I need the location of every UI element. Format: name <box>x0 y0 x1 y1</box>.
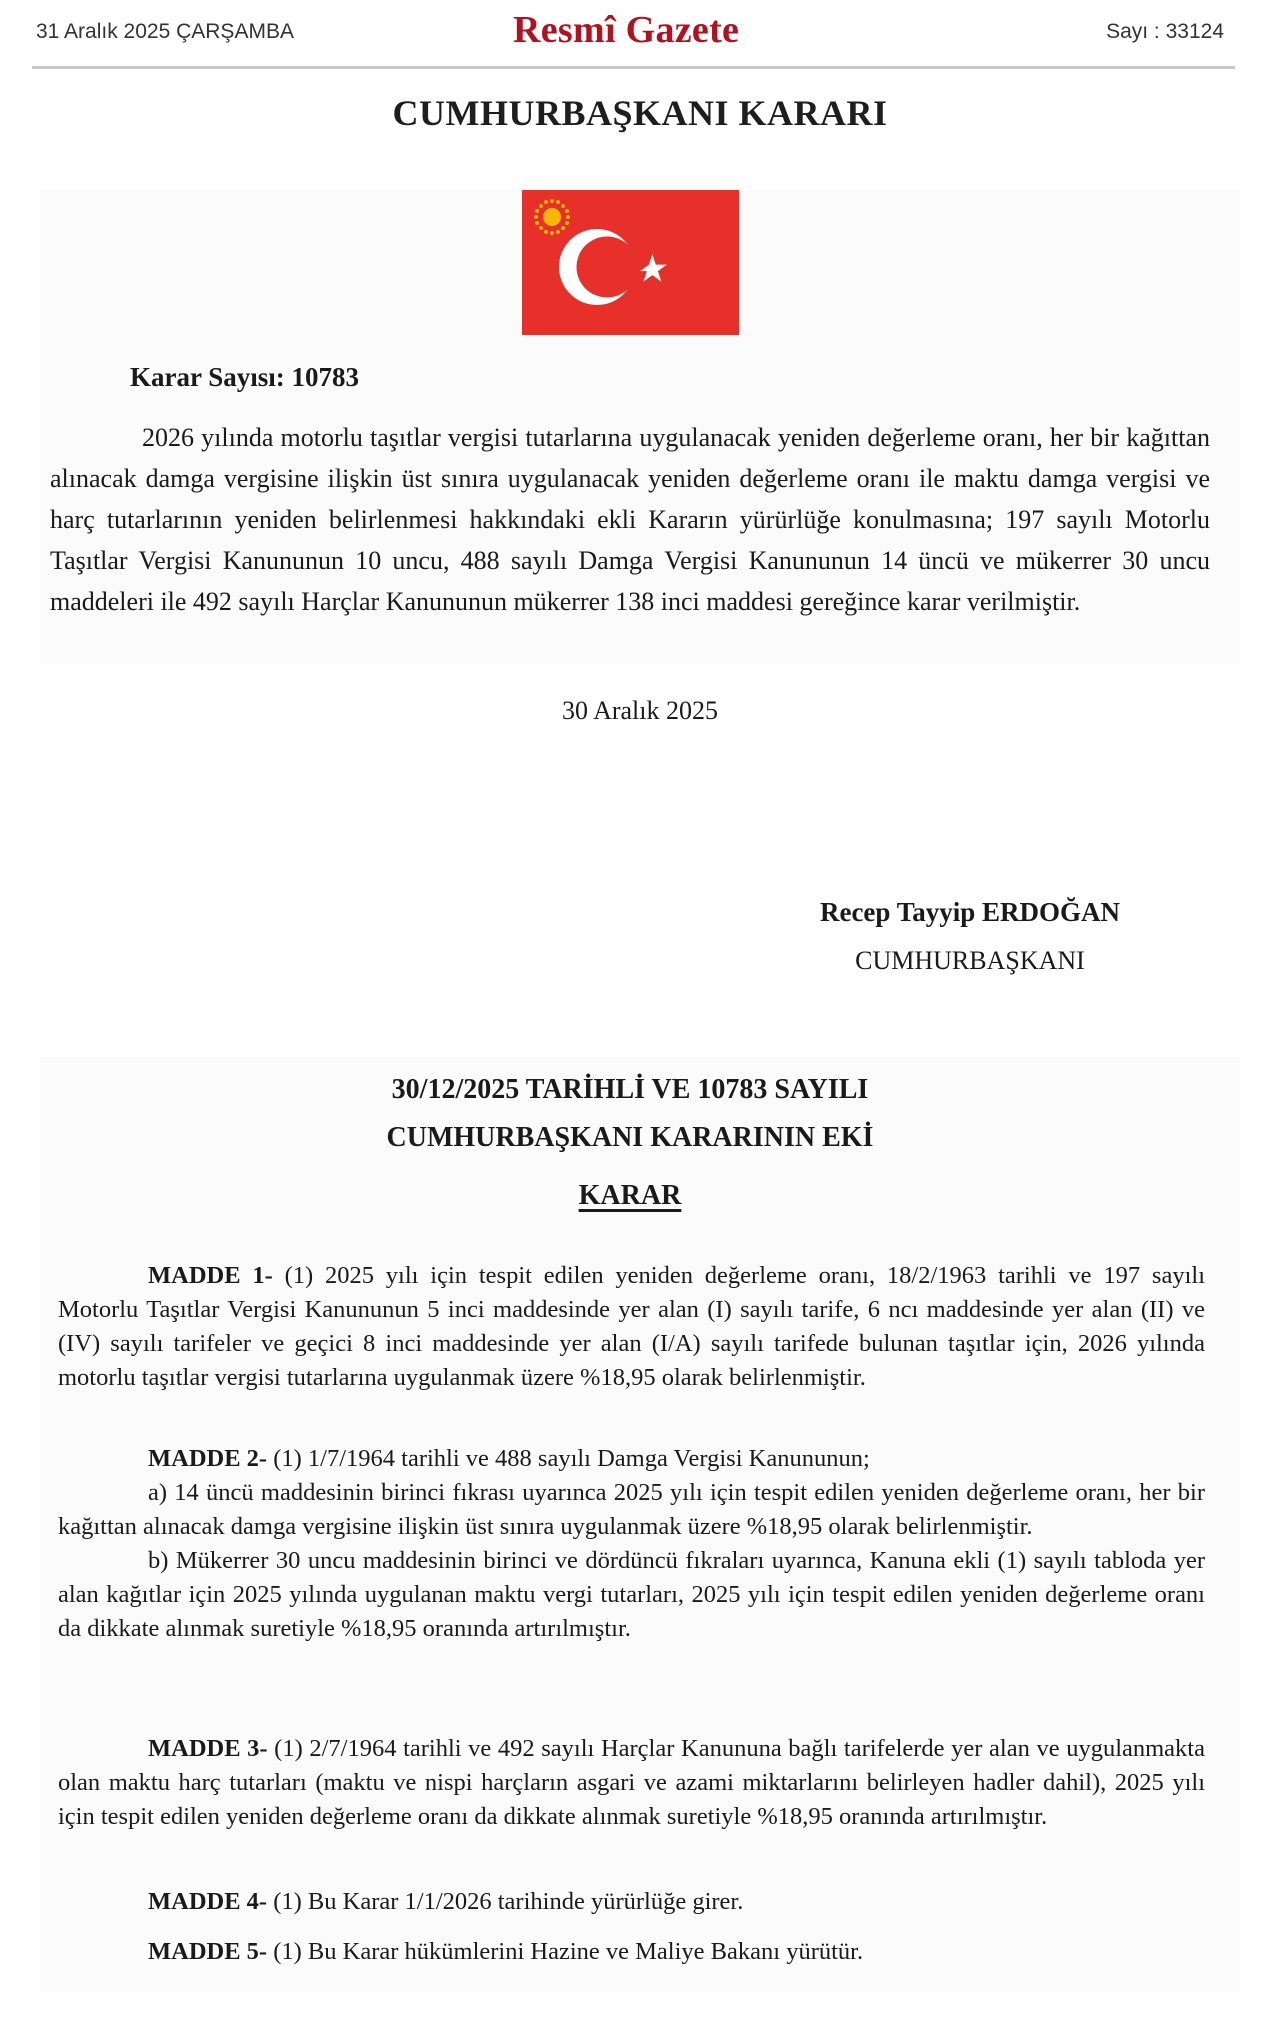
article-2: MADDE 2- (1) 1/7/1964 tarihli ve 488 say… <box>58 1442 1205 1646</box>
publication-date: 31 Aralık 2025 ÇARŞAMBA <box>36 20 294 44</box>
signatory-name: Recep Tayyip ERDOĞAN <box>770 897 1170 928</box>
article-text: (1) Bu Karar 1/1/2026 tarihinde yürürlüğ… <box>273 1888 743 1915</box>
gazette-header: 31 Aralık 2025 ÇARŞAMBA Resmî Gazete Say… <box>0 0 1280 70</box>
presidential-flag-icon <box>522 190 739 335</box>
article-label: MADDE 5- <box>148 1938 267 1965</box>
article-clause-b: b) Mükerrer 30 uncu maddesinin birinci v… <box>58 1547 1205 1642</box>
header-divider <box>32 66 1235 69</box>
intro-paragraph-text: 2026 yılında motorlu taşıtlar vergisi tu… <box>50 423 1210 616</box>
article-text: (1) Bu Karar hükümlerini Hazine ve Maliy… <box>273 1938 863 1965</box>
decision-number: Karar Sayısı: 10783 <box>130 362 359 393</box>
article-label: MADDE 3- <box>148 1735 268 1762</box>
article-1: MADDE 1- (1) 2025 yılı için tespit edile… <box>58 1259 1205 1395</box>
issue-number: Sayı : 33124 <box>1106 20 1224 44</box>
article-5: MADDE 5- (1) Bu Karar hükümlerini Hazine… <box>58 1935 1205 1969</box>
gazette-title: Resmî Gazete <box>513 8 739 52</box>
annex-heading-line2: CUMHURBAŞKANI KARARININ EKİ <box>0 1114 1260 1162</box>
article-label: MADDE 1- <box>148 1262 273 1289</box>
article-label: MADDE 2- <box>148 1445 267 1472</box>
signatory-title: CUMHURBAŞKANI <box>770 946 1170 976</box>
document-title: CUMHURBAŞKANI KARARI <box>0 92 1280 134</box>
annex-subheading: KARAR <box>0 1180 1260 1212</box>
decision-date: 30 Aralık 2025 <box>400 696 880 726</box>
annex-heading: 30/12/2025 TARİHLİ VE 10783 SAYILI CUMHU… <box>0 1066 1260 1162</box>
article-clause-a: a) 14 üncü maddesinin birinci fıkrası uy… <box>58 1479 1205 1540</box>
article-3: MADDE 3- (1) 2/7/1964 tarihli ve 492 say… <box>58 1732 1205 1834</box>
intro-paragraph: 2026 yılında motorlu taşıtlar vergisi tu… <box>50 417 1210 622</box>
article-4: MADDE 4- (1) Bu Karar 1/1/2026 tarihinde… <box>58 1885 1205 1919</box>
article-label: MADDE 4- <box>148 1888 267 1915</box>
article-text: (1) 1/7/1964 tarihli ve 488 sayılı Damga… <box>273 1445 870 1472</box>
annex-heading-line1: 30/12/2025 TARİHLİ VE 10783 SAYILI <box>0 1066 1260 1114</box>
